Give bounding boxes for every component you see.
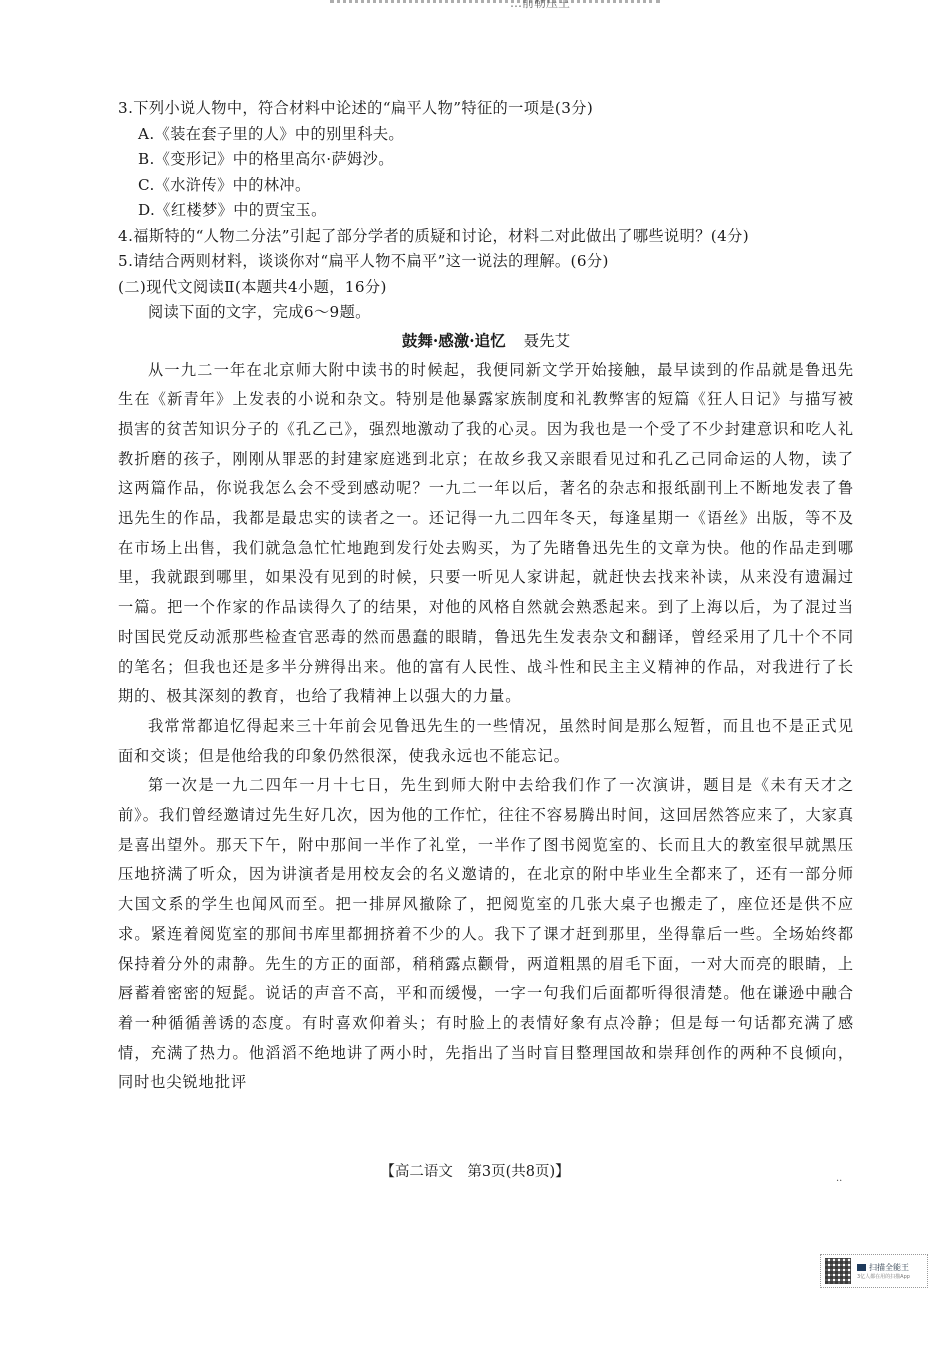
- watermark-brand: 扫描全能王: [869, 1262, 909, 1273]
- question-text: 福斯特的“人物二分法”引起了部分学者的质疑和讨论，材料二对此做出了哪些说明？(4…: [133, 227, 749, 245]
- page-footer: 【高二语文 第3页(共8页)】: [0, 1160, 950, 1181]
- article-paragraph: 我常常都追忆得起来三十年前会见鲁迅先生的一些情况，虽然时间是那么短暂，而且也不是…: [118, 712, 854, 771]
- article-title: 鼓舞·感激·追忆: [402, 331, 506, 350]
- scanner-watermark: 扫描全能王 3亿人都在用的扫描App: [820, 1254, 928, 1288]
- option-text: 《红楼梦》中的贾宝玉。: [155, 201, 326, 219]
- article-paragraph: 从一九二一年在北京师大附中读书的时候起，我便同新文学开始接触，最早读到的作品就是…: [118, 356, 854, 712]
- article-paragraph: 第一次是一九二四年一月十七日，先生到师大附中去给我们作了一次演讲，题目是《未有天…: [118, 771, 854, 1098]
- section-heading: (二)现代文阅读Ⅱ(本题共4小题，16分): [118, 275, 854, 301]
- scan-dots-artifact: ··: [836, 1176, 842, 1187]
- question-number: 3.: [118, 99, 133, 117]
- option-text: 《装在套子里的人》中的别里科夫。: [155, 125, 404, 143]
- question-5: 5.请结合两则材料，谈谈你对“扁平人物不扁平”这一说法的理解。(6分): [118, 249, 854, 275]
- exam-page: 3.下列小说人物中，符合材料中论述的“扁平人物”特征的一项是(3分) A.《装在…: [118, 96, 854, 1098]
- section-instruction: 阅读下面的文字，完成6～9题。: [118, 300, 854, 326]
- scanner-logo-icon: [857, 1264, 866, 1271]
- watermark-brand-row: 扫描全能王: [857, 1262, 910, 1273]
- option-c: C.《水浒传》中的林冲。: [138, 173, 854, 199]
- qr-code-icon: [825, 1258, 851, 1284]
- option-a: A.《装在套子里的人》中的别里科夫。: [138, 122, 854, 148]
- question-3: 3.下列小说人物中，符合材料中论述的“扁平人物”特征的一项是(3分): [118, 96, 854, 122]
- article-body: 从一九二一年在北京师大附中读书的时候起，我便同新文学开始接触，最早读到的作品就是…: [118, 356, 854, 1099]
- option-label: C.: [138, 176, 155, 194]
- scan-header-text: …前勒压王: [510, 0, 570, 11]
- article-title-block: 鼓舞·感激·追忆聂先艾: [118, 326, 854, 356]
- option-d: D.《红楼梦》中的贾宝玉。: [138, 198, 854, 224]
- option-text: 《水浒传》中的林冲。: [155, 176, 311, 194]
- option-b: B.《变形记》中的格里高尔·萨姆沙。: [138, 147, 854, 173]
- option-label: A.: [138, 125, 155, 143]
- option-text: 《变形记》中的格里高尔·萨姆沙。: [155, 150, 394, 168]
- article-author: 聂先艾: [524, 332, 571, 350]
- question-number: 4.: [118, 227, 133, 245]
- scan-header-artifact: [330, 0, 660, 15]
- question-4: 4.福斯特的“人物二分法”引起了部分学者的质疑和讨论，材料二对此做出了哪些说明？…: [118, 224, 854, 250]
- watermark-subtitle: 3亿人都在用的扫描App: [857, 1273, 910, 1280]
- question-text: 下列小说人物中，符合材料中论述的“扁平人物”特征的一项是(3分): [133, 99, 593, 117]
- question-number: 5.: [118, 252, 133, 270]
- watermark-text: 扫描全能王 3亿人都在用的扫描App: [857, 1262, 910, 1280]
- option-label: B.: [138, 150, 155, 168]
- option-label: D.: [138, 201, 155, 219]
- question-text: 请结合两则材料，谈谈你对“扁平人物不扁平”这一说法的理解。(6分): [133, 252, 609, 270]
